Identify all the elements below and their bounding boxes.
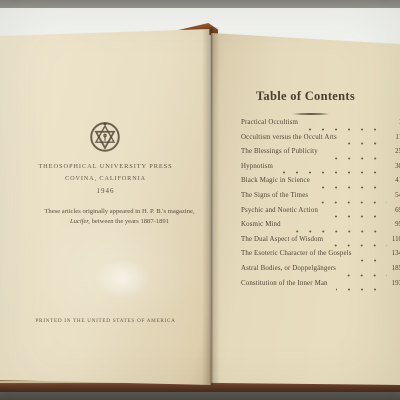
- page-sheen: [95, 259, 150, 299]
- toc-entry-page: 1: [392, 119, 400, 126]
- toc-entry-title: The Dual Aspect of Wisdom: [241, 236, 323, 243]
- toc-entry-title: Astral Bodies, or Doppelgängers: [241, 265, 336, 272]
- toc-entry: The Esoteric Character of the Gospels 13…: [241, 250, 400, 265]
- toc-entry-page: 193: [392, 280, 400, 287]
- magazine-title: Lucifer,: [70, 218, 90, 225]
- toc-entry-title: The Blessings of Publicity: [241, 148, 318, 155]
- publisher-location: Covina, California: [0, 175, 211, 182]
- toc-entry-title: Practical Occultism: [241, 119, 298, 126]
- dot-leader: [281, 171, 387, 174]
- toc-entry-page: 95: [392, 221, 400, 228]
- toc-entry: Astral Bodies, or Doppelgängers 185: [241, 265, 400, 280]
- background-bottom-band: [0, 392, 400, 400]
- note-line2: between the years 1887-1891: [90, 218, 169, 225]
- toc-entry-title: Black Magic in Science: [241, 177, 310, 184]
- dot-leader: [316, 201, 387, 204]
- toc-entry-page: 25: [392, 148, 400, 155]
- toc-entry-title: Hypnotism: [241, 163, 273, 170]
- dot-leader: [360, 259, 387, 262]
- toc-entry: The Signs of the Times 54: [241, 192, 400, 207]
- toc-entry-title: Kosmic Mind: [241, 221, 281, 228]
- toc-entry-page: 41: [392, 177, 400, 184]
- toc-list: Practical Occultism 1 Occultism versus t…: [241, 119, 400, 294]
- toc-heading: Table of Contents: [211, 89, 400, 104]
- toc-entry-page: 185: [392, 265, 400, 272]
- toc-entry: Hypnotism 30: [241, 163, 400, 178]
- printed-in-line: Printed in the United States of America: [0, 318, 211, 324]
- dot-leader: [306, 128, 387, 131]
- dot-leader: [336, 288, 387, 291]
- theosophical-seal-icon: [86, 117, 124, 155]
- dot-leader: [326, 157, 387, 160]
- toc-entry: The Blessings of Publicity 25: [241, 148, 400, 163]
- book-photograph: Theosophical University Press Covina, Ca…: [0, 0, 400, 400]
- publication-note: These articles originally appeared in H.…: [0, 207, 239, 227]
- toc-entry-page: 110: [392, 236, 400, 243]
- heading-rule: [292, 113, 330, 115]
- toc-entry-page: 69: [392, 207, 400, 214]
- toc-entry-title: Occultism versus the Occult Arts: [241, 134, 337, 141]
- toc-entry: The Dual Aspect of Wisdom 110: [241, 236, 400, 251]
- toc-entry-page: 30: [392, 163, 400, 170]
- toc-entry-page: 54: [392, 192, 400, 199]
- publication-year: 1946: [0, 187, 211, 195]
- toc-entry-title: The Esoteric Character of the Gospels: [241, 250, 352, 257]
- dot-leader: [331, 244, 387, 247]
- toc-entry-page: 11: [392, 134, 400, 141]
- dot-leader: [289, 230, 387, 233]
- toc-entry: Occultism versus the Occult Arts 11: [241, 134, 400, 149]
- toc-entry-page: 134: [392, 250, 400, 257]
- dot-leader: [344, 274, 387, 277]
- dot-leader: [345, 142, 387, 145]
- publisher-name: Theosophical University Press: [0, 163, 211, 170]
- toc-entry-title: Constitution of the Inner Man: [241, 280, 328, 287]
- dot-leader: [318, 186, 387, 189]
- dot-leader: [326, 215, 387, 218]
- toc-entry: Practical Occultism 1: [241, 119, 400, 134]
- toc-entry-title: The Signs of the Times: [241, 192, 308, 199]
- toc-entry: Constitution of the Inner Man 193: [241, 280, 400, 295]
- toc-entry-title: Psychic and Noetic Action: [241, 207, 318, 214]
- toc-entry: Black Magic in Science 41: [241, 177, 400, 192]
- background-top-band: [0, 0, 400, 8]
- toc-entry: Kosmic Mind 95: [241, 221, 400, 236]
- left-page: Theosophical University Press Covina, Ca…: [0, 29, 211, 385]
- toc-entry: Psychic and Noetic Action 69: [241, 207, 400, 222]
- note-line1: These articles originally appeared in H.…: [44, 208, 194, 215]
- right-page: Table of Contents Practical Occultism 1 …: [211, 27, 400, 385]
